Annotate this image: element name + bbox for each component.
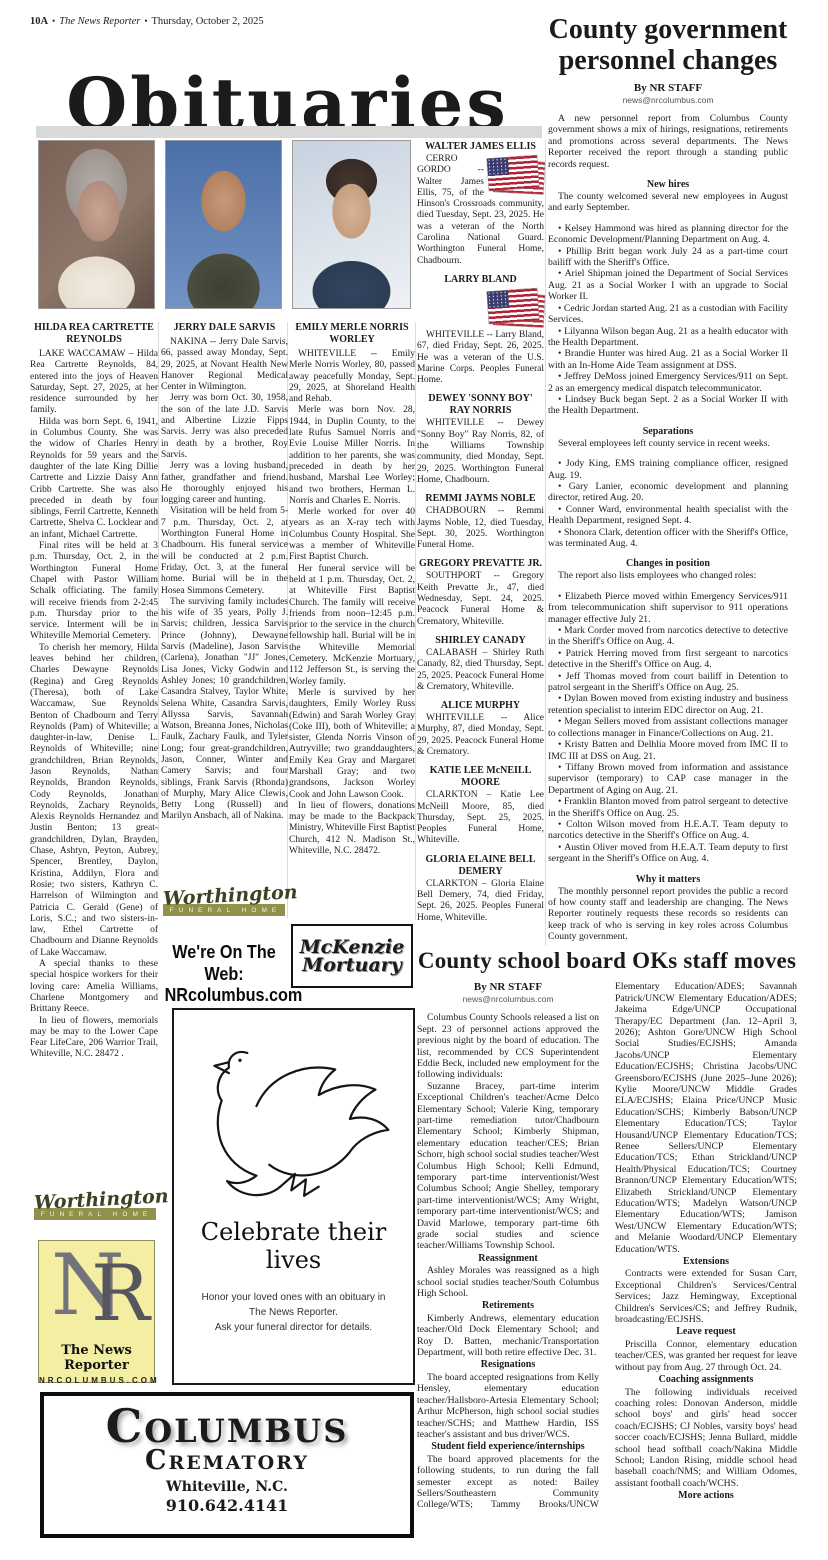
web-promo-line2: NRcolumbus.com	[165, 985, 284, 1007]
portrait-photo-merle-worley	[292, 140, 411, 309]
obituary-paragraph: NAKINA -- Jerry Dale Sarvis, 66, passed …	[161, 337, 288, 393]
notice-name: KATIE LEE McNEILL MOORE	[417, 765, 544, 789]
bullet-item: Phillip Britt began work July 24 as a pa…	[548, 246, 788, 269]
obituary-paragraph: LAKE WACCAMAW – Hilda Rea Cartrette Reyn…	[30, 349, 158, 417]
school-article-block: The board accepted resignations from Kel…	[417, 1372, 599, 1440]
us-flag-icon	[488, 155, 544, 195]
death-notice: GREGORY PREVATTE JR. SOUTHPORT -- Gregor…	[417, 558, 544, 627]
mckenzie-line2: Mortuary	[293, 956, 411, 974]
bullet-item: Lilyanna Wilson began Aug. 21 as a healt…	[548, 326, 788, 349]
obituary-merle-worley: EMILY MERLE NORRIS WORLEY WHITEVILLE -- …	[289, 322, 415, 857]
school-article-block: Kimberly Andrews, elementary education t…	[417, 1313, 599, 1359]
school-article-block: Student field experience/internships	[417, 1441, 599, 1452]
obituary-paragraph: Final rites will be held at 3 p.m. Thurs…	[30, 541, 158, 643]
crematory-phone: 910.642.4141	[44, 1496, 410, 1515]
bullet-item: Shonora Clark, detention officer with th…	[548, 527, 788, 550]
article-headline: County government personnel changes	[548, 14, 788, 76]
bullet-item: Austin Oliver moved from H.E.A.T. Team d…	[548, 842, 788, 865]
section-lead: The county welcomed several new employee…	[548, 191, 788, 214]
obituary-paragraph: A special thanks to these special hospic…	[30, 959, 158, 1015]
obituary-hilda-reynolds: HILDA REA CARTRETTE REYNOLDS LAKE WACCAM…	[30, 322, 158, 1061]
bullet-item: Megan Sellers moved from assistant colle…	[548, 716, 788, 739]
school-article-block: Extensions	[615, 1256, 797, 1267]
obituary-jerry-sarvis: JERRY DALE SARVIS NAKINA -- Jerry Dale S…	[161, 322, 288, 823]
notice-name: SHIRLEY CANADY	[417, 635, 544, 647]
paper-name: The News Reporter	[59, 16, 140, 27]
column-rule	[415, 322, 416, 920]
page-number: 10A	[30, 16, 48, 27]
notice-name: GLORIA ELAINE BELL DEMERY	[417, 854, 544, 878]
death-notice: REMMI JAYMS NOBLE CHADBOURN -- Remmi Jay…	[417, 493, 544, 551]
death-notice: SHIRLEY CANADY CALABASH – Shirley Ruth C…	[417, 635, 544, 693]
bullet-item: Cedric Jordan started Aug. 21 as a custo…	[548, 303, 788, 326]
portrait-photo-jerry-sarvis	[165, 140, 282, 309]
web-promo-line1: We're On The Web:	[165, 942, 284, 985]
column-rule	[545, 140, 546, 946]
obituary-paragraph: The surviving family includes his wife o…	[161, 597, 288, 823]
celebrate-body: Honor your loved ones with an obituary i…	[174, 1290, 413, 1335]
school-article-block: Coaching assignments	[615, 1374, 797, 1385]
notice-text: CHADBOURN -- Remmi Jayms Noble, 12, died…	[417, 506, 544, 551]
county-personnel-article: County government personnel changes By N…	[548, 14, 788, 943]
notice-text: SOUTHPORT -- Gregory Keith Prevatte Jr.,…	[417, 571, 544, 627]
bullet-separator: •	[52, 16, 55, 26]
death-notices-column: WALTER JAMES ELLIS CERRO GORDO -- Walter…	[417, 141, 544, 931]
news-reporter-ad: N R The News Reporter NRCOLUMBUS.COM	[38, 1240, 155, 1383]
bullet-item: Jeff Thomas moved from court bailiff in …	[548, 671, 788, 694]
bullet-item: Ariel Shipman joined the Department of S…	[548, 268, 788, 302]
notice-name: DEWEY 'SONNY BOY' RAY NORRIS	[417, 393, 544, 417]
obituary-paragraph: In lieu of flowers, memorials may be may…	[30, 1016, 158, 1061]
bullet-item: Franklin Blanton moved from patrol serge…	[548, 796, 788, 819]
byline: By NR STAFF	[548, 82, 788, 94]
obituary-name: HILDA REA CARTRETTE REYNOLDS	[30, 322, 158, 346]
newspaper-page: 10A•The News Reporter•Thursday, October …	[0, 0, 828, 1560]
article-headline: County school board OKs staff moves	[417, 948, 797, 973]
school-article-block: Suzanne Bracey, part-time interim Except…	[417, 1081, 599, 1252]
death-notice: WALTER JAMES ELLIS CERRO GORDO -- Walter…	[417, 141, 544, 267]
obituary-paragraph: Her funeral service will be held at 1 p.…	[289, 564, 415, 688]
obituary-paragraph: Jerry was a loving husband, father, gran…	[161, 461, 288, 506]
bullet-item: Kristy Batten and Delhlia Moore moved fr…	[548, 739, 788, 762]
section-lead: The monthly personnel report provides th…	[548, 886, 788, 943]
nr-website: NRCOLUMBUS.COM	[39, 1376, 154, 1385]
notice-text: CLARKTON – Katie Lee McNeill Moore, 85, …	[417, 790, 544, 846]
nr-monogram: N R	[39, 1241, 154, 1331]
death-notice: LARRY BLAND WHITEVILLE -- Larry Bland, 6…	[417, 274, 544, 386]
bullet-item: Colton Wilson moved from H.E.A.T. Team d…	[548, 819, 788, 842]
school-article-block: Contracts were extended for Susan Carr, …	[615, 1268, 797, 1325]
section-heading: Changes in position	[548, 558, 788, 569]
worthington-funeral-home-logo: Worthington FUNERAL HOME	[34, 1190, 156, 1220]
bullet-item: Gary Lanier, economic development and pl…	[548, 481, 788, 504]
notice-text: WHITEVILLE -- Dewey "Sonny Boy" Ray Norr…	[417, 418, 544, 486]
section-lead: Several employees left county service in…	[548, 438, 788, 449]
notice-name: GREGORY PREVATTE JR.	[417, 558, 544, 570]
celebrate-body-line2: The News Reporter.	[174, 1305, 413, 1320]
school-article-body: By NR STAFF news@nrcolumbus.com Columbus…	[417, 981, 797, 1521]
bullet-item: Mark Corder moved from narcotics detecti…	[548, 625, 788, 648]
celebrate-body-line1: Honor your loved ones with an obituary i…	[174, 1290, 413, 1305]
obituary-paragraph: Hilda was born Sept. 6, 1941, in Columbu…	[30, 417, 158, 541]
bullet-item: Lindsey Buck began Sept. 2 as a Social W…	[548, 394, 788, 417]
death-notice: ALICE MURPHY WHITEVILLE -- Alice Murphy,…	[417, 700, 544, 758]
worthington-funeral-home-logo: Worthington FUNERAL HOME	[163, 886, 285, 916]
county-section-new-hires: New hires The county welcomed several ne…	[548, 179, 788, 417]
nr-letter-r: R	[91, 1253, 150, 1335]
school-article-block: Columbus County Schools released a list …	[417, 1012, 599, 1080]
issue-date: Thursday, October 2, 2025	[151, 16, 263, 27]
obituary-paragraph: WHITEVILLE -- Emily Merle Norris Worley,…	[289, 349, 415, 405]
section-divider-bar	[36, 126, 542, 138]
obituary-name: EMILY MERLE NORRIS WORLEY	[289, 322, 415, 346]
school-article-block: The following individuals received coach…	[615, 1387, 797, 1490]
bullet-item: Tiffany Brown moved from information and…	[548, 762, 788, 796]
byline-email: news@nrcolumbus.com	[548, 95, 788, 105]
dove-icon	[188, 1020, 400, 1216]
masthead: 10A•The News Reporter•Thursday, October …	[30, 16, 264, 27]
notice-text: WHITEVILLE -- Larry Bland, 67, died Frid…	[417, 287, 544, 386]
school-article-block: Retirements	[417, 1300, 599, 1311]
school-article-block: Priscilla Connor, elementary education t…	[615, 1339, 797, 1373]
bullet-item: Conner Ward, environmental health specia…	[548, 504, 788, 527]
website-promo-ad: We're On The Web: NRcolumbus.com	[165, 942, 284, 1007]
obituary-paragraph: In lieu of flowers, donations may be mad…	[289, 801, 415, 857]
section-heading: Separations	[548, 426, 788, 437]
school-article-block: More actions	[615, 1490, 797, 1501]
notice-name: WALTER JAMES ELLIS	[417, 141, 544, 153]
bullet-item: Jody King, EMS training compliance offic…	[548, 458, 788, 481]
article-intro: A new personnel report from Columbus Cou…	[548, 113, 788, 170]
school-article-block: Ashley Morales was reassigned as a high …	[417, 1265, 599, 1299]
bullet-item: Jeffrey DeMoss joined Emergency Services…	[548, 371, 788, 394]
byline: By NR STAFF	[417, 981, 599, 993]
section-lead: The report also lists employees who chan…	[548, 570, 788, 581]
bullet-separator: •	[144, 16, 147, 26]
county-section-why-it-matters: Why it matters The monthly personnel rep…	[548, 874, 788, 943]
bullet-item: Elizabeth Pierce moved within Emergency …	[548, 591, 788, 625]
school-article-block: Resignations	[417, 1359, 599, 1370]
notice-text: CERRO GORDO -- Walter James Ellis, 75, o…	[417, 154, 544, 267]
columbus-crematory-ad: Columbus Crematory Whiteville, N.C. 910.…	[40, 1392, 414, 1538]
bullet-item: Kelsey Hammond was hired as planning dir…	[548, 223, 788, 246]
section-heading: New hires	[548, 179, 788, 190]
obituary-paragraph: Merle is survived by her daughters, Emil…	[289, 688, 415, 801]
crematory-name-line1: Columbus	[44, 1404, 410, 1448]
obituary-paragraph: To cherish her memory, Hilda leaves behi…	[30, 643, 158, 959]
section-heading: Why it matters	[548, 874, 788, 885]
celebrate-their-lives-ad: Celebrate their lives Honor your loved o…	[172, 1008, 415, 1385]
portrait-photo-hilda-reynolds	[38, 140, 155, 309]
crematory-city: Whiteville, N.C.	[44, 1479, 410, 1495]
obituary-paragraph: Merle was born Nov. 28, 1944, in Duplin …	[289, 405, 415, 507]
obituary-name: JERRY DALE SARVIS	[161, 322, 288, 334]
notice-name: REMMI JAYMS NOBLE	[417, 493, 544, 505]
bullet-item: Patrick Herring moved from first sergean…	[548, 648, 788, 671]
crematory-name-line2: Crematory	[44, 1448, 410, 1474]
death-notice: GLORIA ELAINE BELL DEMERY CLARKTON – Glo…	[417, 854, 544, 924]
school-article-block: Leave request	[615, 1326, 797, 1337]
mckenzie-mortuary-ad: McKenzie Mortuary	[291, 924, 413, 988]
school-article-block: Reassignment	[417, 1253, 599, 1264]
death-notice: DEWEY 'SONNY BOY' RAY NORRIS WHITEVILLE …	[417, 393, 544, 486]
notice-text: CLARKTON – Gloria Elaine Bell Demery, 74…	[417, 879, 544, 924]
obituary-paragraph: Merle worked for over 40 years as an X-r…	[289, 507, 415, 563]
notice-text: WHITEVILLE -- Alice Murphy, 87, died Mon…	[417, 713, 544, 758]
celebrate-title: Celebrate their lives	[174, 1218, 413, 1274]
byline-email: news@nrcolumbus.com	[417, 994, 599, 1004]
notice-name: ALICE MURPHY	[417, 700, 544, 712]
county-section-separations: Separations Several employees left count…	[548, 426, 788, 550]
death-notice: KATIE LEE McNEILL MOORE CLARKTON – Katie…	[417, 765, 544, 846]
bullet-item: Brandie Hunter was hired Aug. 21 as a So…	[548, 348, 788, 371]
column-rule	[158, 322, 159, 878]
obituary-paragraph: Visitation will be held from 5-7 p.m. Th…	[161, 506, 288, 596]
notice-name: LARRY BLAND	[417, 274, 544, 286]
nr-title: The News Reporter	[39, 1343, 154, 1373]
notice-text: CALABASH – Shirley Ruth Canady, 82, died…	[417, 648, 544, 693]
celebrate-body-line3: Ask your funeral director for details.	[174, 1320, 413, 1335]
bullet-item: Dylan Bowen moved from existing industry…	[548, 693, 788, 716]
county-section-changes: Changes in position The report also list…	[548, 558, 788, 864]
school-board-article: County school board OKs staff moves By N…	[417, 948, 797, 1521]
us-flag-icon	[488, 288, 544, 328]
obituary-paragraph: Jerry was born Oct. 30, 1958, the son of…	[161, 393, 288, 461]
